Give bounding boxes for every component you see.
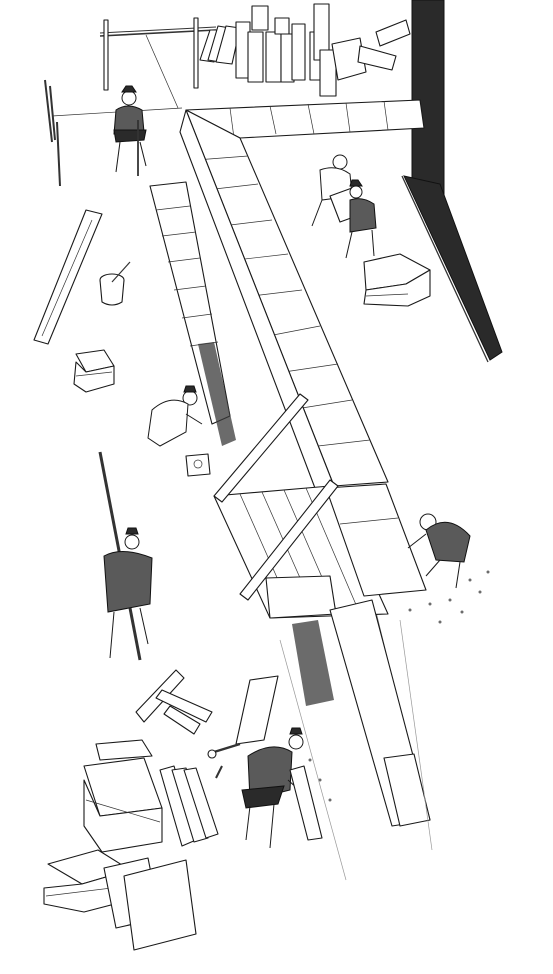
worker-bending-bottom bbox=[242, 728, 322, 848]
worker-pair-carrying-block bbox=[312, 155, 376, 258]
wooden-pillar bbox=[402, 0, 502, 362]
stacked-stone-slabs-bottom bbox=[44, 740, 218, 950]
bucket bbox=[100, 262, 130, 305]
worker-with-pole bbox=[100, 452, 152, 660]
stacked-stone-slabs-right bbox=[364, 254, 430, 306]
timber-beam-left bbox=[34, 210, 102, 344]
small-slab-stack-left bbox=[74, 350, 114, 392]
worker-crouching-left bbox=[148, 386, 210, 476]
worker-with-level-line bbox=[114, 86, 146, 176]
illustration-canvas bbox=[0, 0, 553, 974]
chisel bbox=[216, 766, 222, 778]
hammer bbox=[208, 744, 240, 758]
upright-stone-blocks bbox=[200, 4, 410, 96]
wooden-rail-frame bbox=[100, 18, 216, 108]
level-stakes bbox=[45, 80, 182, 186]
loose-timber-beams bbox=[136, 670, 278, 744]
